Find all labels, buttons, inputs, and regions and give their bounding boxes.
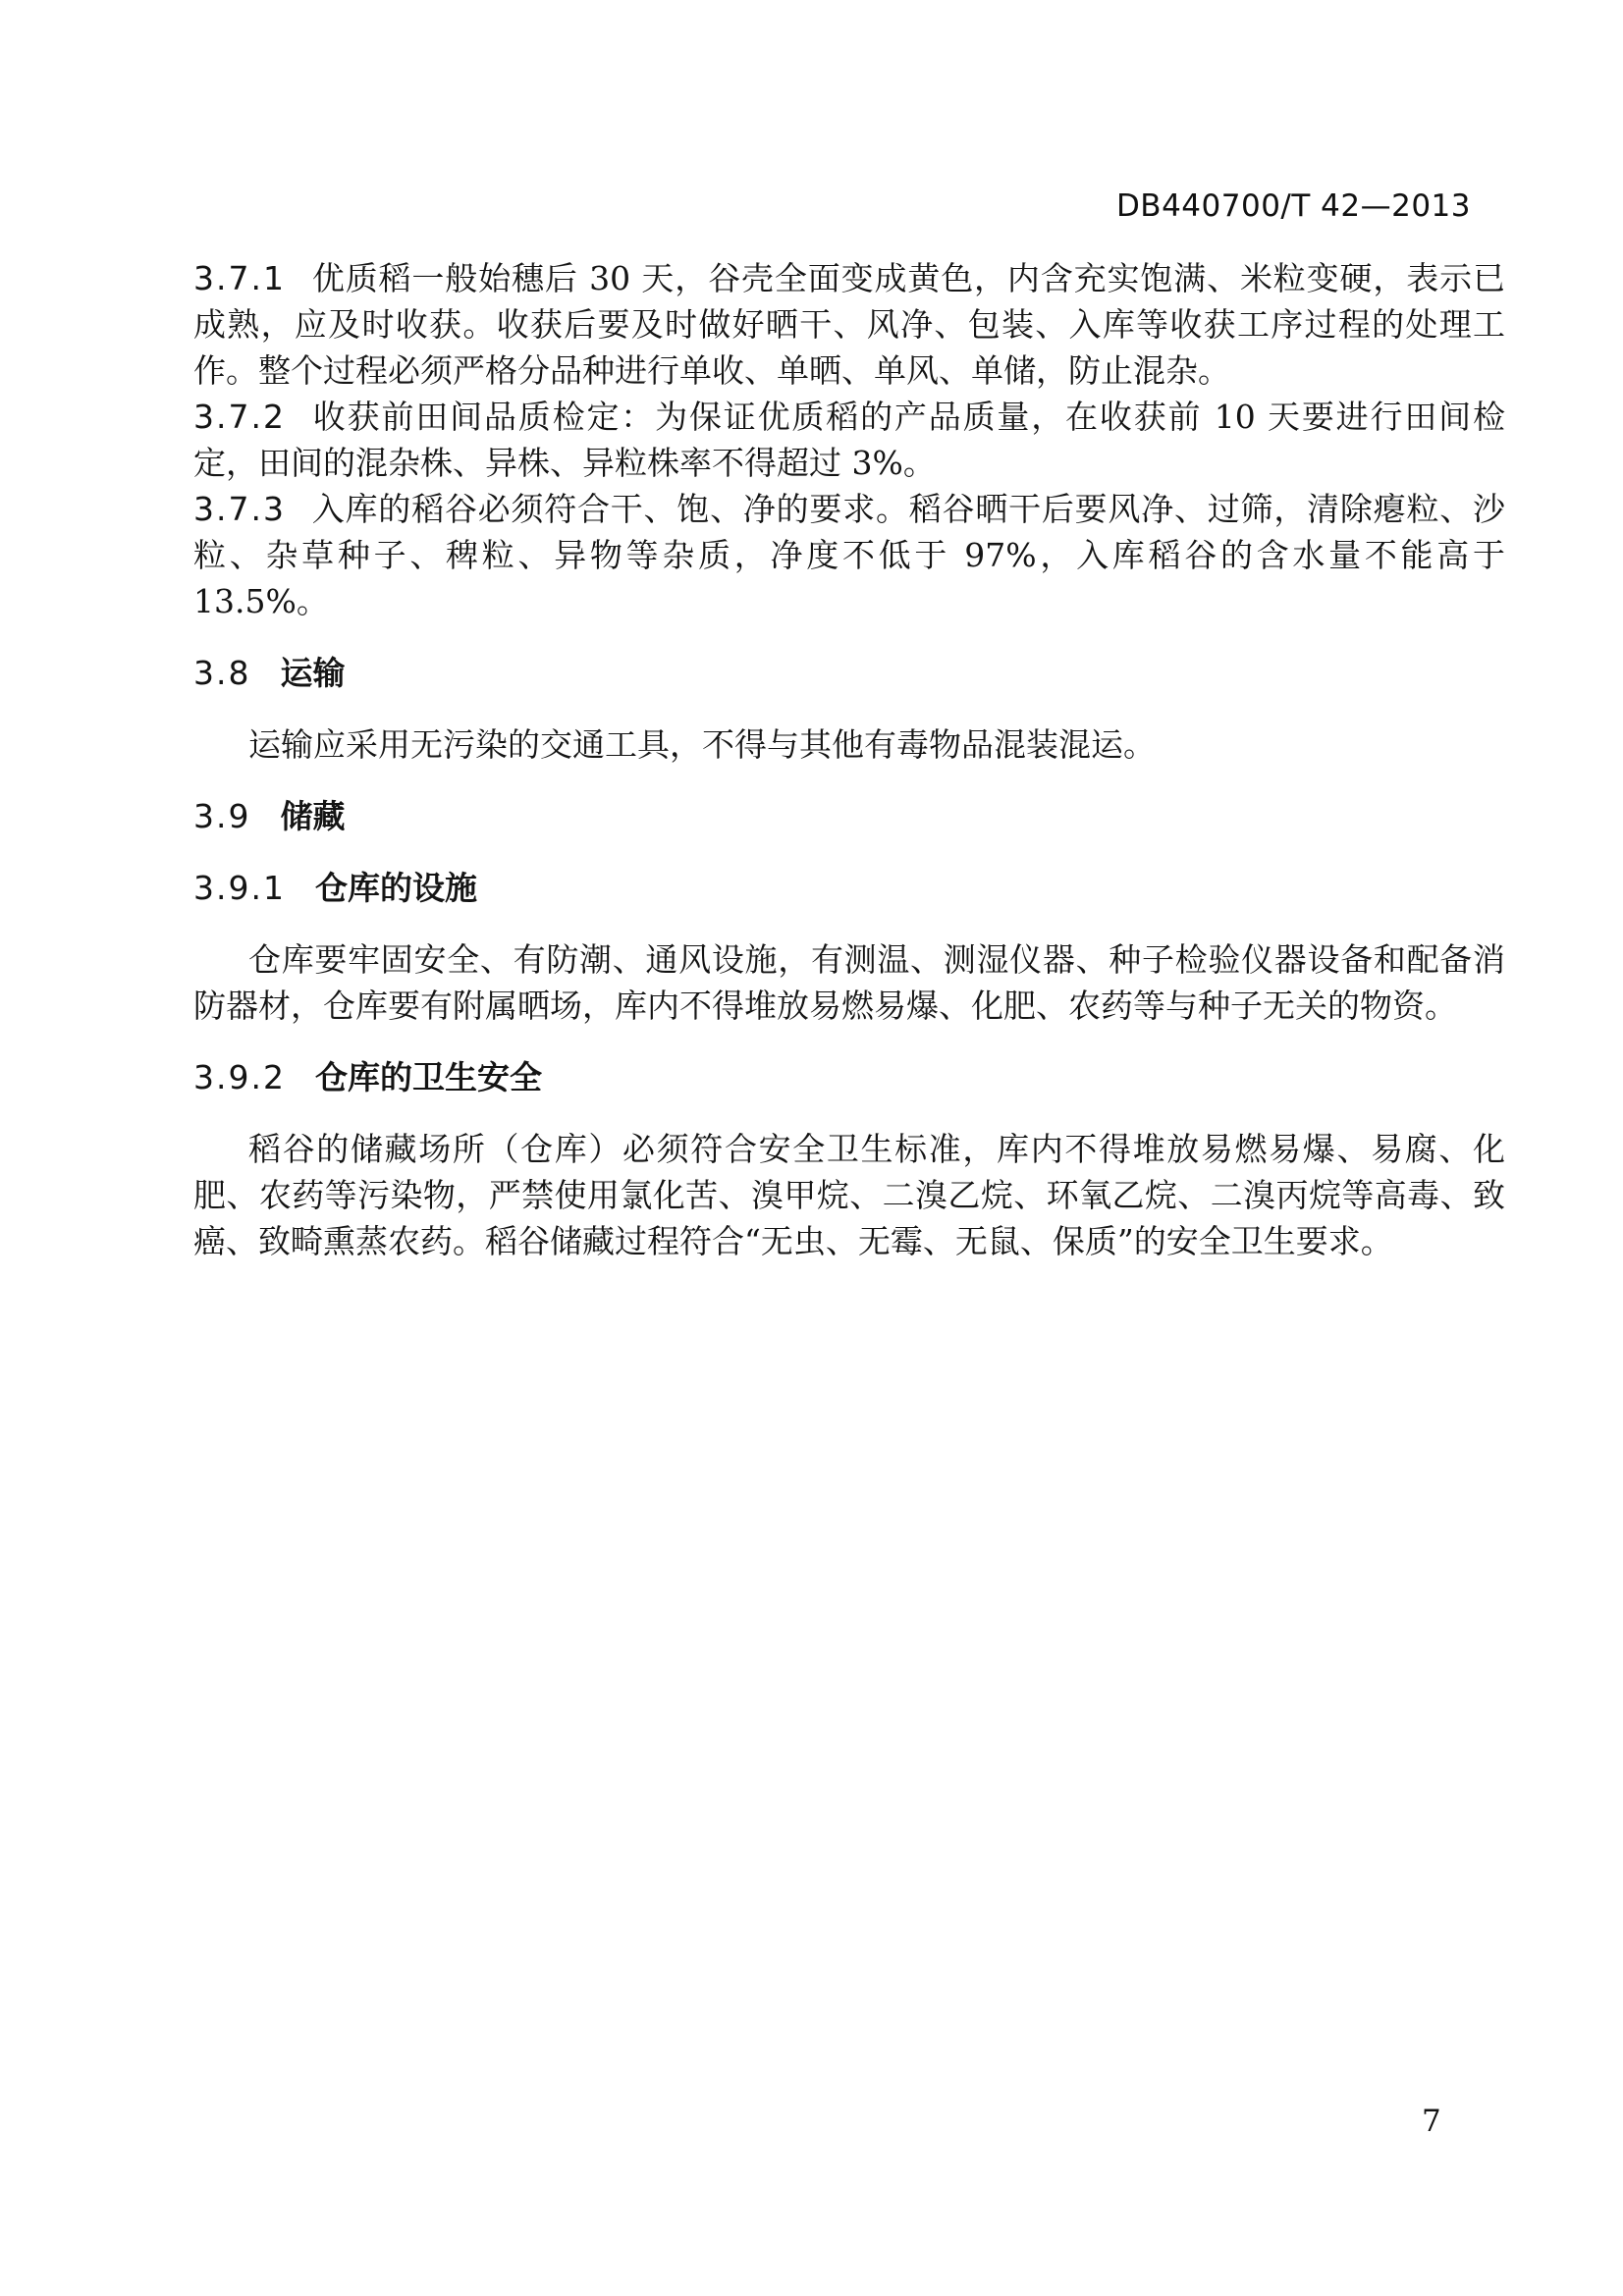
heading-3-9-1-number: 3.9.1 [193, 869, 286, 907]
clause-3-7-2: 3.7.2收获前田间品质检定：为保证优质稻的产品质量，在收获前 10 天要进行田… [193, 394, 1505, 486]
clause-3-7-3: 3.7.3入库的稻谷必须符合干、饱、净的要求。稻谷晒干后要风净、过筛，清除瘪粒、… [193, 486, 1505, 624]
heading-3-9-number: 3.9 [193, 797, 250, 835]
clause-3-7-3-number: 3.7.3 [193, 490, 286, 528]
clause-3-7-1-number: 3.7.1 [193, 259, 286, 297]
heading-3-9-2-title: 仓库的卫生安全 [315, 1058, 542, 1096]
heading-3-8-title: 运输 [280, 654, 345, 692]
heading-3-9-2-number: 3.9.2 [193, 1058, 286, 1096]
paragraph-warehouse-facilities: 仓库要牢固安全、有防潮、通风设施，有测温、测湿仪器、种子检验仪器设备和配备消防器… [193, 936, 1505, 1029]
standard-code-header: DB440700/T 42—2013 [1116, 188, 1471, 224]
heading-3-8-number: 3.8 [193, 654, 250, 692]
page-number: 7 [1422, 2104, 1441, 2139]
heading-3-9-1-warehouse-facilities: 3.9.1仓库的设施 [193, 865, 1505, 911]
heading-3-9-title: 储藏 [280, 797, 345, 835]
heading-3-9-storage: 3.9储藏 [193, 793, 1505, 839]
document-page: DB440700/T 42—2013 3.7.1优质稻一般始穗后 30 天，谷壳… [0, 0, 1623, 2296]
heading-3-9-2-warehouse-hygiene-safety: 3.9.2仓库的卫生安全 [193, 1054, 1505, 1100]
heading-3-8-transport: 3.8运输 [193, 650, 1505, 696]
clause-3-7-2-number: 3.7.2 [193, 398, 286, 436]
paragraph-warehouse-hygiene-safety: 稻谷的储藏场所（仓库）必须符合安全卫生标准，库内不得堆放易燃易爆、易腐、化肥、农… [193, 1126, 1505, 1264]
paragraph-transport: 运输应采用无污染的交通工具，不得与其他有毒物品混装混运。 [193, 721, 1505, 768]
clause-3-7-1: 3.7.1优质稻一般始穗后 30 天，谷壳全面变成黄色，内含充实饱满、米粒变硬，… [193, 255, 1505, 394]
document-body: 3.7.1优质稻一般始穗后 30 天，谷壳全面变成黄色，内含充实饱满、米粒变硬，… [193, 255, 1505, 1264]
heading-3-9-1-title: 仓库的设施 [315, 869, 477, 907]
clause-3-7-1-text: 优质稻一般始穗后 30 天，谷壳全面变成黄色，内含充实饱满、米粒变硬，表示已成熟… [193, 259, 1505, 390]
clause-3-7-3-text: 入库的稻谷必须符合干、饱、净的要求。稻谷晒干后要风净、过筛，清除瘪粒、沙粒、杂草… [193, 490, 1505, 620]
clause-3-7-2-text: 收获前田间品质检定：为保证优质稻的产品质量，在收获前 10 天要进行田间检定，田… [193, 398, 1505, 482]
